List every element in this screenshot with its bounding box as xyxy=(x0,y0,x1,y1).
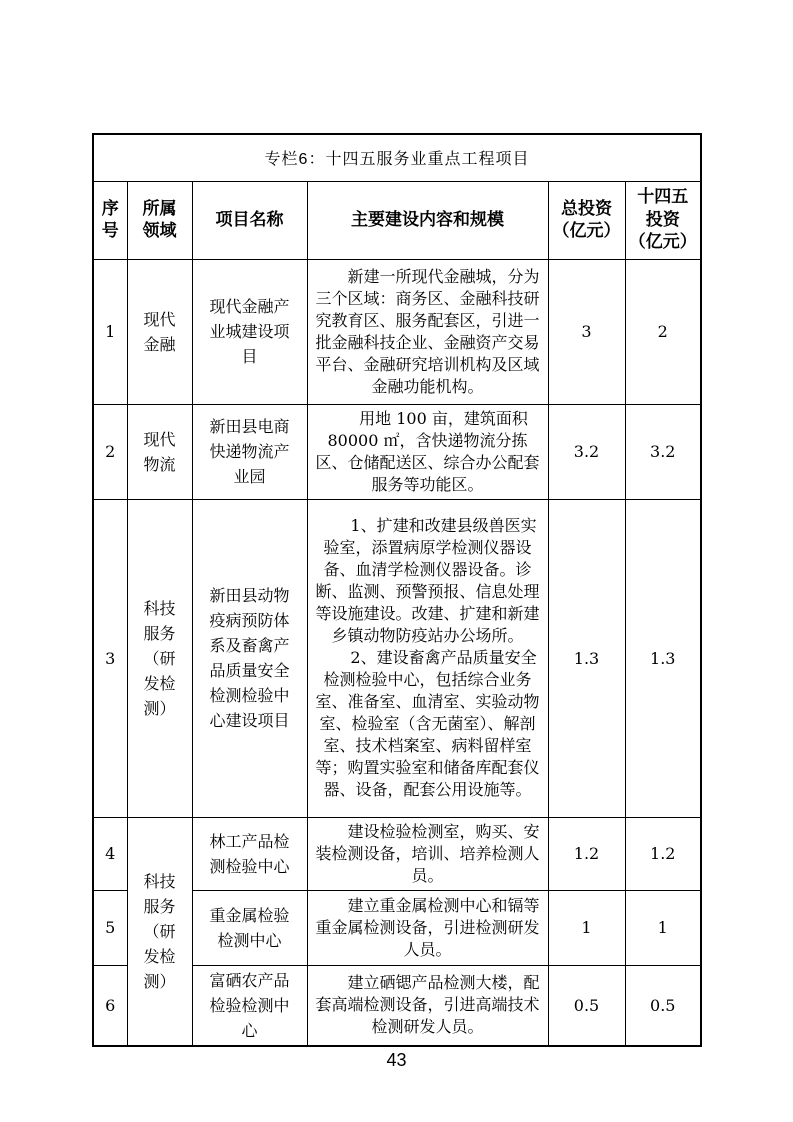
cell-project: 现代金融产 业城建设项 目 xyxy=(192,259,307,404)
cell-project: 新田县动物 疫病预防体 系及畜禽产 品质量安全 检测检验中 心建设项目 xyxy=(192,499,307,817)
col-header-content: 主要建设内容和规模 xyxy=(307,181,548,259)
cell-content: 建立重金属检测中心和镉等重金属检测设备，引进检测研发人员。 xyxy=(307,890,548,965)
content-paragraph: 新建一所现代金融城，分为三个区域：商务区、金融科技研究教育区、服务配套区，引进一… xyxy=(315,266,541,398)
cell-field-merged: 科技 服务 （研 发检 测） xyxy=(127,817,192,1046)
table-row: 2 现代 物流 新田县电商 快递物流产 业园 用地 100 亩，建筑面积 800… xyxy=(93,404,701,499)
cell-plan-investment: 0.5 xyxy=(625,965,701,1046)
col-header-field: 所属 领域 xyxy=(127,181,192,259)
projects-table: 专栏6：十四五服务业重点工程项目 序 号 所属 领域 项目名称 主要建设内容和规… xyxy=(92,133,702,1047)
cell-total-investment: 3 xyxy=(548,259,625,404)
cell-plan-investment: 1.2 xyxy=(625,817,701,890)
cell-no: 5 xyxy=(93,890,127,965)
col-header-total-investment: 总投资 （亿元） xyxy=(548,181,625,259)
cell-total-investment: 3.2 xyxy=(548,404,625,499)
cell-total-investment: 1.2 xyxy=(548,817,625,890)
col-header-plan-investment: 十四五 投资 （亿元） xyxy=(625,181,701,259)
cell-content: 新建一所现代金融城，分为三个区域：商务区、金融科技研究教育区、服务配套区，引进一… xyxy=(307,259,548,404)
table-row: 4 科技 服务 （研 发检 测） 林工产品检 测检验中心 建设检验检测室，购买、… xyxy=(93,817,701,890)
table-row: 1 现代 金融 现代金融产 业城建设项 目 新建一所现代金融城，分为三个区域：商… xyxy=(93,259,701,404)
cell-plan-investment: 1.3 xyxy=(625,499,701,817)
cell-no: 1 xyxy=(93,259,127,404)
cell-total-investment: 1 xyxy=(548,890,625,965)
table-title: 专栏6：十四五服务业重点工程项目 xyxy=(93,134,701,181)
content-paragraph: 建立硒锶产品检测大楼，配套高端检测设备，引进高端技术检测研发人员。 xyxy=(315,972,541,1038)
content-paragraph: 用地 100 亩，建筑面积 80000 ㎡，含快递物流分拣区、仓储配送区、综合办… xyxy=(315,408,541,496)
cell-content: 建设检验检测室，购买、安装检测设备，培训、培养检测人员。 xyxy=(307,817,548,890)
cell-total-investment: 0.5 xyxy=(548,965,625,1046)
cell-field: 科技 服务 （研 发检 测） xyxy=(127,499,192,817)
cell-project: 富硒农产品 检验检测中 心 xyxy=(192,965,307,1046)
cell-content: 1、扩建和改建县级兽医实验室，添置病原学检测仪器设备、血清学检测仪器设备。诊断、… xyxy=(307,499,548,817)
cell-plan-investment: 2 xyxy=(625,259,701,404)
cell-project: 林工产品检 测检验中心 xyxy=(192,817,307,890)
cell-plan-investment: 3.2 xyxy=(625,404,701,499)
col-header-project: 项目名称 xyxy=(192,181,307,259)
content-paragraph: 建立重金属检测中心和镉等重金属检测设备，引进检测研发人员。 xyxy=(315,895,541,961)
cell-total-investment: 1.3 xyxy=(548,499,625,817)
cell-project: 新田县电商 快递物流产 业园 xyxy=(192,404,307,499)
header-row: 序 号 所属 领域 项目名称 主要建设内容和规模 总投资 （亿元） 十四五 投资… xyxy=(93,181,701,259)
cell-field: 现代 金融 xyxy=(127,259,192,404)
col-header-no: 序 号 xyxy=(93,181,127,259)
cell-no: 4 xyxy=(93,817,127,890)
cell-no: 2 xyxy=(93,404,127,499)
document-page: 专栏6：十四五服务业重点工程项目 序 号 所属 领域 项目名称 主要建设内容和规… xyxy=(0,0,793,1122)
cell-content: 建立硒锶产品检测大楼，配套高端检测设备，引进高端技术检测研发人员。 xyxy=(307,965,548,1046)
cell-content: 用地 100 亩，建筑面积 80000 ㎡，含快递物流分拣区、仓储配送区、综合办… xyxy=(307,404,548,499)
table-row: 3 科技 服务 （研 发检 测） 新田县动物 疫病预防体 系及畜禽产 品质量安全… xyxy=(93,499,701,817)
content-paragraph: 2、建设畜禽产品质量安全检测检验中心，包括综合业务室、准备室、血清室、实验动物室… xyxy=(315,647,541,801)
content-paragraph: 1、扩建和改建县级兽医实验室，添置病原学检测仪器设备、血清学检测仪器设备。诊断、… xyxy=(315,515,541,647)
cell-project: 重金属检验 检测中心 xyxy=(192,890,307,965)
cell-field: 现代 物流 xyxy=(127,404,192,499)
title-row: 专栏6：十四五服务业重点工程项目 xyxy=(93,134,701,181)
cell-no: 6 xyxy=(93,965,127,1046)
cell-no: 3 xyxy=(93,499,127,817)
content-paragraph: 建设检验检测室，购买、安装检测设备，培训、培养检测人员。 xyxy=(315,821,541,887)
page-number: 43 xyxy=(0,1050,793,1071)
cell-plan-investment: 1 xyxy=(625,890,701,965)
